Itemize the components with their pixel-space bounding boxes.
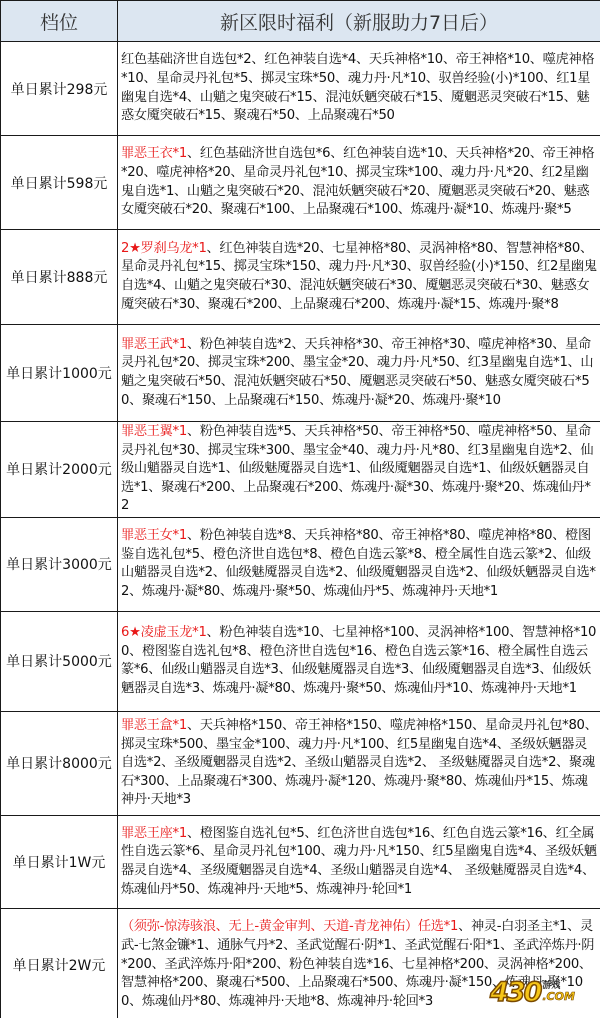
table-row: 单日累计8000元罪恶王盒*1、天兵神格*150、帝王神格*150、噬虎神格*1… [1, 711, 600, 815]
featured-reward: 罪恶王女*1 [121, 528, 187, 543]
featured-reward: 罪恶王衣*1 [121, 146, 187, 161]
tier-cell: 单日累计1000元 [1, 325, 118, 422]
rewards-cell: 罪恶王盒*1、天兵神格*150、帝王神格*150、噬虎神格*150、星命灵丹礼包… [118, 711, 600, 815]
reward-list-text: 、橙图鉴自选礼包*5、红色济世自选包*16、红色自选云篆*16、红全属性自选云篆… [121, 826, 597, 897]
tier-cell: 单日累计5000元 [1, 611, 118, 711]
table-row: 单日累计2000元罪恶王翼*1、粉色神装自选*5、天兵神格*50、帝王神格*50… [1, 422, 600, 518]
reward-list-text: 、天兵神格*150、帝王神格*150、噬虎神格*150、星命灵丹礼包*80、掷灵… [121, 718, 598, 807]
tier-cell: 单日累计3000元 [1, 517, 118, 611]
featured-reward: 2★罗刹乌龙*1 [121, 241, 207, 256]
tier-cell: 单日累计1W元 [1, 815, 118, 908]
rewards-cell: 2★罗刹乌龙*1、红色神装自选*20、七星神格*80、灵涡神格*80、智慧神格*… [118, 230, 600, 325]
table-row: 单日累计3000元罪恶王女*1、粉色神装自选*8、天兵神格*80、帝王神格*80… [1, 517, 600, 611]
tier-cell: 单日累计8000元 [1, 711, 118, 815]
table-row: 单日累计298元红色基础济世自选包*2、红色神装自选*4、天兵神格*10、帝王神… [1, 42, 600, 136]
table-row: 单日累计598元罪恶王衣*1、红色基础济世自选包*6、红色神装自选*10、天兵神… [1, 136, 600, 230]
tier-cell: 单日累计2W元 [1, 908, 118, 1018]
rewards-cell: 罪恶王衣*1、红色基础济世自选包*6、红色神装自选*10、天兵神格*20、帝王神… [118, 136, 600, 230]
featured-reward: （须弥-惊涛骇浪、无上-黄金审判、天道-青龙神佑）任选*1 [121, 919, 458, 934]
featured-reward: 6★凌虚玉龙*1 [121, 625, 207, 640]
tier-cell: 单日累计598元 [1, 136, 118, 230]
tier-cell: 单日累计2000元 [1, 422, 118, 518]
header-row: 档位 新区限时福利（新服助力7日后） [1, 1, 600, 42]
reward-list-text: 、粉色神装自选*5、天兵神格*50、帝王神格*50、噬虎神格*50、星命灵丹礼包… [121, 424, 593, 513]
reward-list-text: 、粉色神装自选*2、天兵神格*30、帝王神格*30、噬虎神格*30、星命灵丹礼包… [121, 337, 593, 408]
rewards-column-header: 新区限时福利（新服助力7日后） [118, 1, 600, 42]
tier-cell: 单日累计888元 [1, 230, 118, 325]
table-row: 单日累计888元2★罗刹乌龙*1、红色神装自选*20、七星神格*80、灵涡神格*… [1, 230, 600, 325]
featured-reward: 罪恶王盒*1 [121, 718, 187, 733]
rewards-cell: 罪恶王翼*1、粉色神装自选*5、天兵神格*50、帝王神格*50、噬虎神格*50、… [118, 422, 600, 518]
featured-reward: 罪恶王翼*1 [121, 424, 187, 439]
reward-list-text: 、粉色神装自选*8、天兵神格*80、帝王神格*80、噬虎神格*80、橙图鉴自选礼… [121, 528, 596, 599]
rewards-cell: 红色基础济世自选包*2、红色神装自选*4、天兵神格*10、帝王神格*10、噬虎神… [118, 42, 600, 136]
rewards-cell: 罪恶王武*1、粉色神装自选*2、天兵神格*30、帝王神格*30、噬虎神格*30、… [118, 325, 600, 422]
tier-cell: 单日累计298元 [1, 42, 118, 136]
rewards-cell: 6★凌虚玉龙*1、粉色神装自选*10、七星神格*100、灵涡神格*100、智慧神… [118, 611, 600, 711]
table-row: 单日累计5000元6★凌虚玉龙*1、粉色神装自选*10、七星神格*100、灵涡神… [1, 611, 600, 711]
rewards-cell: 罪恶王女*1、粉色神装自选*8、天兵神格*80、帝王神格*80、噬虎神格*80、… [118, 517, 600, 611]
rewards-cell: 罪恶王座*1、橙图鉴自选礼包*5、红色济世自选包*16、红色自选云篆*16、红全… [118, 815, 600, 908]
table-row: 单日累计1000元罪恶王武*1、粉色神装自选*2、天兵神格*30、帝王神格*30… [1, 325, 600, 422]
rewards-cell: （须弥-惊涛骇浪、无上-黄金审判、天道-青龙神佑）任选*1、神灵-白羽圣主*1、… [118, 908, 600, 1018]
featured-reward: 罪恶王武*1 [121, 337, 187, 352]
reward-list-text: 红色基础济世自选包*2、红色神装自选*4、天兵神格*10、帝王神格*10、噬虎神… [121, 52, 594, 123]
table-row: 单日累计1W元罪恶王座*1、橙图鉴自选礼包*5、红色济世自选包*16、红色自选云… [1, 815, 600, 908]
table-row: 单日累计2W元（须弥-惊涛骇浪、无上-黄金审判、天道-青龙神佑）任选*1、神灵-… [1, 908, 600, 1018]
reward-list-text: 、红色基础济世自选包*6、红色神装自选*10、天兵神格*20、帝王神格*20、噬… [121, 146, 594, 217]
rewards-table: 档位 新区限时福利（新服助力7日后） 单日累计298元红色基础济世自选包*2、红… [0, 0, 600, 1018]
tier-column-header: 档位 [1, 1, 118, 42]
featured-reward: 罪恶王座*1 [121, 826, 187, 841]
